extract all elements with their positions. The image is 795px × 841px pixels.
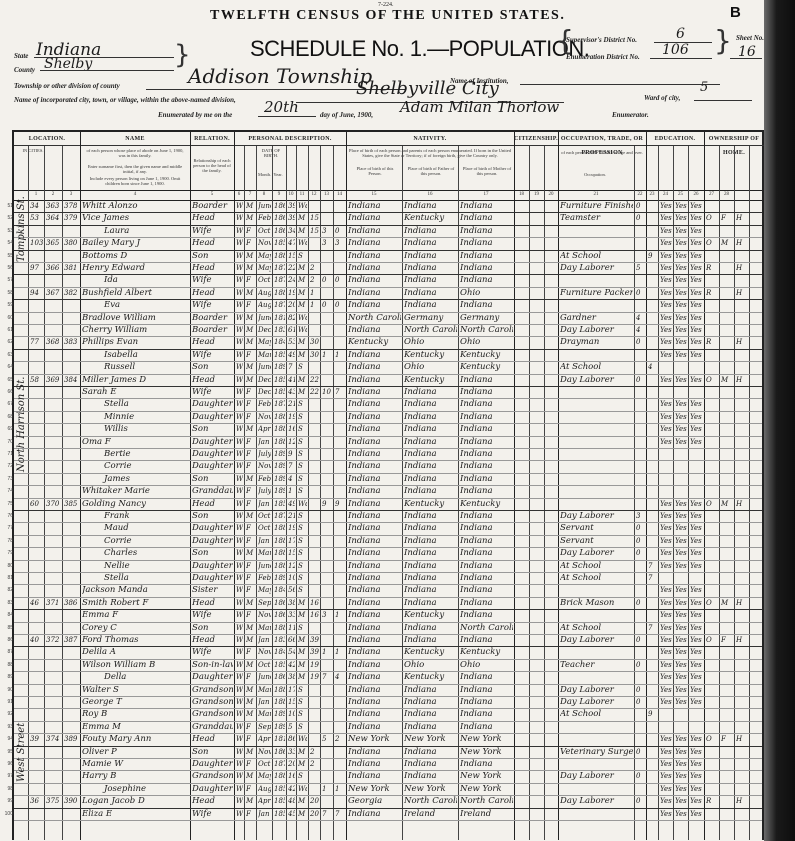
cell-dwelling <box>46 250 61 262</box>
cell-occupation: At School <box>560 361 633 373</box>
cell-english: Yes <box>690 349 703 361</box>
line-number: 85 <box>2 622 13 634</box>
cell-read: Yes <box>660 535 672 547</box>
cell-mother-b: Indiana <box>460 684 513 696</box>
cell-month: Jan <box>258 696 271 708</box>
cell-marital: M <box>298 646 307 658</box>
cell-read: Yes <box>660 324 672 336</box>
cell-english: Yes <box>690 783 703 795</box>
cell-name: Mamie W <box>82 758 189 770</box>
cell-farm <box>736 485 748 497</box>
cell-mother-b: Indiana <box>460 262 513 274</box>
cell-read: Yes <box>660 349 672 361</box>
cell-age: 38 <box>288 671 295 683</box>
cell-school: 7 <box>648 622 657 634</box>
cell-birth: Indiana <box>348 225 401 237</box>
cell-year: 1852 <box>274 795 285 807</box>
cell-living <box>335 696 345 708</box>
cell-name: Fouty Mary Ann <box>82 733 189 745</box>
cell-age: 49 <box>288 498 295 510</box>
cell-father: Ohio <box>404 336 457 348</box>
cell-relation: Head <box>192 374 233 386</box>
cell-month: Feb <box>258 473 271 485</box>
cell-dwelling <box>46 808 61 820</box>
cell-mort: M <box>721 597 733 609</box>
cell-dwelling <box>46 684 61 696</box>
cell-mother: 7 <box>322 671 332 683</box>
cell-occupation: Day Laborer <box>560 634 633 646</box>
cell-color: W <box>236 783 243 795</box>
cell-sex: F <box>246 485 255 497</box>
cell-father: Indiana <box>404 721 457 733</box>
cell-sex: F <box>246 584 255 596</box>
line-number: 80 <box>2 560 13 572</box>
cell-marital: S <box>298 485 307 497</box>
cell-sex: M <box>246 374 255 386</box>
cell-school <box>648 597 657 609</box>
cell-unemp: 0 <box>636 212 645 224</box>
cell-yrs-m <box>310 684 319 696</box>
cell-house <box>30 560 43 572</box>
cell-house: 39 <box>30 733 43 745</box>
cell-color: W <box>236 510 243 522</box>
cell-name: Delila A <box>82 646 189 658</box>
cell-write: Yes <box>675 274 687 286</box>
cell-month: June <box>258 671 271 683</box>
column-number: 4 <box>80 190 190 200</box>
cell-mort: M <box>721 498 733 510</box>
cell-year: 1890 <box>274 708 285 720</box>
cell-english: Yes <box>690 770 703 782</box>
cell-mother: 10 <box>322 386 332 398</box>
cell-read: Yes <box>660 634 672 646</box>
cell-marital: S <box>298 684 307 696</box>
cell-marital: S <box>298 622 307 634</box>
line-number: 58 <box>2 287 13 299</box>
cell-mother-b: Indiana <box>460 299 513 311</box>
cell-school <box>648 349 657 361</box>
cell-mother-b: Indiana <box>460 609 513 621</box>
cell-english: Yes <box>690 696 703 708</box>
cell-sex: M <box>246 684 255 696</box>
cell-yrs-m <box>310 560 319 572</box>
cell-living <box>335 212 345 224</box>
cell-occupation: Gardner <box>560 312 633 324</box>
cell-dwelling <box>46 423 61 435</box>
cell-marital: S <box>298 584 307 596</box>
cell-father: Indiana <box>404 237 457 249</box>
cell-family <box>64 250 79 262</box>
cell-read: Yes <box>660 498 672 510</box>
cell-school <box>648 436 657 448</box>
cell-family <box>64 522 79 534</box>
cell-mother-b: Indiana <box>460 634 513 646</box>
cell-own <box>706 584 718 596</box>
line-number: 95 <box>2 746 13 758</box>
cell-mother <box>322 758 332 770</box>
cell-living: 0 <box>335 274 345 286</box>
ward-value: 5 <box>700 80 708 95</box>
cell-father: Indiana <box>404 436 457 448</box>
cell-sex: F <box>246 274 255 286</box>
cell-living <box>335 460 345 472</box>
cell-birth: Indiana <box>348 498 401 510</box>
cell-school <box>648 758 657 770</box>
cell-mort <box>721 349 733 361</box>
cell-dwelling <box>46 560 61 572</box>
cell-dwelling: 371 <box>46 597 61 609</box>
cell-father: Indiana <box>404 708 457 720</box>
cell-unemp: 0 <box>636 684 645 696</box>
cell-sex: F <box>246 386 255 398</box>
cell-school <box>648 696 657 708</box>
cell-relation: Son <box>192 746 233 758</box>
line-number: 79 <box>2 547 13 559</box>
cell-yrs-m <box>310 423 319 435</box>
cell-unemp: 0 <box>636 634 645 646</box>
cell-mother <box>322 212 332 224</box>
cell-farm <box>736 349 748 361</box>
cell-occupation: Day Laborer <box>560 795 633 807</box>
cell-age: 9 <box>288 448 295 460</box>
cell-living <box>335 510 345 522</box>
cell-mother-b: Ohio <box>460 659 513 671</box>
cell-farm <box>736 746 748 758</box>
cell-color: W <box>236 237 243 249</box>
cell-father: North Carolina <box>404 324 457 336</box>
cell-mother-b: Indiana <box>460 398 513 410</box>
cell-name: Logan Jacob D <box>82 795 189 807</box>
cell-family <box>64 560 79 572</box>
cell-read: Yes <box>660 262 672 274</box>
cell-family <box>64 758 79 770</box>
cell-name: Golding Nancy <box>82 498 189 510</box>
cell-family: 380 <box>64 237 79 249</box>
cell-living: 2 <box>335 733 345 745</box>
cell-write: Yes <box>675 349 687 361</box>
cell-occupation: Day Laborer <box>560 324 633 336</box>
column-number: 6 <box>234 190 244 200</box>
cell-english: Yes <box>690 597 703 609</box>
cell-own <box>706 684 718 696</box>
cell-mother: 1 <box>322 646 332 658</box>
cell-farm <box>736 758 748 770</box>
cell-yrs-m <box>310 237 319 249</box>
cell-color: W <box>236 746 243 758</box>
cell-father: Indiana <box>404 460 457 472</box>
cell-living <box>335 262 345 274</box>
street-name-1: Tompkins St. <box>16 196 27 262</box>
ward-label: Ward of city, <box>644 94 680 102</box>
cell-living <box>335 200 345 212</box>
cell-living: 0 <box>335 299 345 311</box>
cell-farm: H <box>736 597 748 609</box>
cell-own <box>706 448 718 460</box>
cell-farm: H <box>736 634 748 646</box>
cell-living <box>335 597 345 609</box>
population-table: LOCATION. NAME RELATION. PERSONAL DESCRI… <box>12 130 764 840</box>
cell-unemp: 0 <box>636 200 645 212</box>
cell-year: 1856 <box>274 386 285 398</box>
cell-month: Mar <box>258 547 271 559</box>
cell-mother <box>322 721 332 733</box>
line-number: 74 <box>2 485 13 497</box>
cell-own <box>706 225 718 237</box>
cell-house: 94 <box>30 287 43 299</box>
cell-birth: Indiana <box>348 671 401 683</box>
cell-english: Yes <box>690 510 703 522</box>
cell-mother-b: Indiana <box>460 708 513 720</box>
cell-living: 3 <box>335 237 345 249</box>
column-number: 23 <box>646 190 658 200</box>
cell-marital: S <box>298 398 307 410</box>
cell-yrs-m <box>310 448 319 460</box>
line-number: 55 <box>2 250 13 262</box>
cell-relation: Daughter <box>192 460 233 472</box>
column-number: 14 <box>333 190 346 200</box>
line-number: 66 <box>2 386 13 398</box>
cell-farm <box>736 721 748 733</box>
cell-birth: Indiana <box>348 386 401 398</box>
cell-mother-b: Indiana <box>460 584 513 596</box>
cell-yrs-m: 1 <box>310 287 319 299</box>
cell-color: W <box>236 795 243 807</box>
line-number: 76 <box>2 510 13 522</box>
cell-birth: Indiana <box>348 374 401 386</box>
cell-dwelling <box>46 659 61 671</box>
cell-house <box>30 547 43 559</box>
cell-unemp <box>636 274 645 286</box>
cell-yrs-m <box>310 473 319 485</box>
cell-mother: 3 <box>322 225 332 237</box>
cell-unemp <box>636 448 645 460</box>
table-row: 565697366381Henry EdwardHeadWMMay187822M… <box>14 262 762 275</box>
cell-month: Apr <box>258 733 271 745</box>
line-number: 61 <box>2 324 13 336</box>
cell-english: Yes <box>690 795 703 807</box>
cell-farm <box>736 448 748 460</box>
cell-dwelling <box>46 522 61 534</box>
column-number: 24 <box>658 190 673 200</box>
cell-mother-b: Indiana <box>460 386 513 398</box>
table-row: 8282Jackson MandaSisterWFMay184456SIndia… <box>14 584 762 597</box>
cell-english: Yes <box>690 746 703 758</box>
cell-birth: Indiana <box>348 448 401 460</box>
cell-color: W <box>236 522 243 534</box>
cell-school <box>648 374 657 386</box>
cell-father: Indiana <box>404 262 457 274</box>
cell-living <box>335 659 345 671</box>
cell-sex: M <box>246 659 255 671</box>
line-number: 84 <box>2 609 13 621</box>
cell-unemp <box>636 299 645 311</box>
cell-mother <box>322 473 332 485</box>
cell-birth: Indiana <box>348 212 401 224</box>
cell-month: June <box>258 200 271 212</box>
cell-read <box>660 721 672 733</box>
cell-mother-b: Indiana <box>460 423 513 435</box>
cell-name: Bradlove William <box>82 312 189 324</box>
cell-write: Yes <box>675 684 687 696</box>
cell-mother <box>322 361 332 373</box>
cell-marital: Wd <box>298 312 307 324</box>
cell-year: 1887 <box>274 560 285 572</box>
cell-own: O <box>706 733 718 745</box>
cell-occupation <box>560 584 633 596</box>
cell-dwelling: 363 <box>46 200 61 212</box>
cell-marital: S <box>298 510 307 522</box>
cell-month: Sept <box>258 721 271 733</box>
cell-school <box>648 485 657 497</box>
cell-mother <box>322 584 332 596</box>
column-number: 7 <box>244 190 256 200</box>
cell-school <box>648 510 657 522</box>
cell-mother <box>322 411 332 423</box>
cell-dwelling <box>46 584 61 596</box>
column-number: 25 <box>673 190 688 200</box>
cell-farm <box>736 411 748 423</box>
cell-write: Yes <box>675 560 687 572</box>
cell-family <box>64 436 79 448</box>
cell-month: Oct <box>258 758 271 770</box>
cell-yrs-m <box>310 200 319 212</box>
cell-sex: M <box>246 770 255 782</box>
cell-unemp <box>636 436 645 448</box>
line-number: 64 <box>2 361 13 373</box>
column-number <box>734 190 749 200</box>
cell-relation: Head <box>192 733 233 745</box>
cell-read: Yes <box>660 746 672 758</box>
cell-mother-b: Ohio <box>460 336 513 348</box>
cell-mort <box>721 783 733 795</box>
cell-month: Oct <box>258 659 271 671</box>
cell-family: 382 <box>64 287 79 299</box>
cell-birth: Indiana <box>348 522 401 534</box>
header-name-note1: Enter surname first, then the given name… <box>84 164 186 174</box>
cell-occupation <box>560 758 633 770</box>
cell-write: Yes <box>675 299 687 311</box>
cell-own: O <box>706 374 718 386</box>
cell-mother <box>322 746 332 758</box>
table-row: 9090Walter SGrandsonWMMar188317SIndianaI… <box>14 684 762 697</box>
table-row: 7070Oma FDaughterWFJan188812SIndianaIndi… <box>14 436 762 449</box>
header-occupation: OCCUPATION, TRADE, OR PROFESSION <box>558 132 646 146</box>
cell-year: 1880 <box>274 411 285 423</box>
table-row: 838346371386Smith Robert FHeadWMSept1861… <box>14 597 762 610</box>
cell-marital: Wd <box>298 200 307 212</box>
cell-dwelling <box>46 622 61 634</box>
cell-relation: Son <box>192 622 233 634</box>
cell-mother-b: Indiana <box>460 225 513 237</box>
cell-family <box>64 584 79 596</box>
cell-english: Yes <box>690 299 703 311</box>
cell-yrs-m <box>310 696 319 708</box>
table-row: 6969WillisSonWMApr188416SIndianaIndianaI… <box>14 423 762 436</box>
cell-school <box>648 646 657 658</box>
cell-birth: Indiana <box>348 560 401 572</box>
line-number: 96 <box>2 758 13 770</box>
column-number: 13 <box>320 190 333 200</box>
cell-family <box>64 609 79 621</box>
cell-sex: F <box>246 808 255 820</box>
cell-unemp <box>636 498 645 510</box>
cell-school: 7 <box>648 572 657 584</box>
cell-name: Whitt Alonzo <box>82 200 189 212</box>
cell-read: Yes <box>660 287 672 299</box>
cell-mort <box>721 510 733 522</box>
cell-birth: Indiana <box>348 770 401 782</box>
cell-father: Indiana <box>404 250 457 262</box>
cell-month: Jan <box>258 436 271 448</box>
cell-month: Nov <box>258 411 271 423</box>
cell-farm <box>736 572 748 584</box>
cell-sex: F <box>246 398 255 410</box>
cell-read: Yes <box>660 560 672 572</box>
line-number: 53 <box>2 225 13 237</box>
cell-dwelling <box>46 225 61 237</box>
cell-dwelling <box>46 721 61 733</box>
cell-family: 384 <box>64 374 79 386</box>
cell-relation: Daughter-in-law <box>192 783 233 795</box>
cell-dwelling <box>46 485 61 497</box>
cell-family: 389 <box>64 733 79 745</box>
column-number: 8 <box>256 190 272 200</box>
cell-name: Walter S <box>82 684 189 696</box>
cell-color: W <box>236 299 243 311</box>
cell-write <box>675 721 687 733</box>
cell-school <box>648 398 657 410</box>
cell-relation: Son <box>192 473 233 485</box>
cell-family <box>64 646 79 658</box>
cell-family <box>64 696 79 708</box>
cell-father: Indiana <box>404 274 457 286</box>
cell-yrs-m: 20 <box>310 808 319 820</box>
cell-unemp <box>636 622 645 634</box>
cell-own <box>706 696 718 708</box>
cell-age: 39 <box>288 200 295 212</box>
cell-english: Yes <box>690 237 703 249</box>
cell-age: 43 <box>288 386 295 398</box>
cell-year: 1896 <box>274 473 285 485</box>
cell-living <box>335 448 345 460</box>
cell-color: W <box>236 609 243 621</box>
cell-year: 1893 <box>274 361 285 373</box>
table-row: 7979CharlesSonWMMar188515SIndianaIndiana… <box>14 547 762 560</box>
cell-name: Smith Robert F <box>82 597 189 609</box>
cell-father: Indiana <box>404 535 457 547</box>
cell-mother <box>322 522 332 534</box>
cell-family <box>64 411 79 423</box>
cell-birth: Indiana <box>348 572 401 584</box>
cell-yrs-m <box>310 460 319 472</box>
cell-read: Yes <box>660 783 672 795</box>
cell-yrs-m <box>310 547 319 559</box>
cell-sex: M <box>246 634 255 646</box>
cell-name: George T <box>82 696 189 708</box>
cell-relation: Head <box>192 262 233 274</box>
cell-occupation: Day Laborer <box>560 510 633 522</box>
cell-living <box>335 398 345 410</box>
cell-school: 9 <box>648 708 657 720</box>
cell-mort <box>721 770 733 782</box>
cell-unemp: 0 <box>636 597 645 609</box>
cell-mother-b: Kentucky <box>460 498 513 510</box>
ward-line <box>694 100 752 101</box>
cell-english: Yes <box>690 200 703 212</box>
table-row: 6868MinnieDaughterWFNov188019SIndianaInd… <box>14 411 762 424</box>
cell-color: W <box>236 646 243 658</box>
column-number: 16 <box>402 190 458 200</box>
